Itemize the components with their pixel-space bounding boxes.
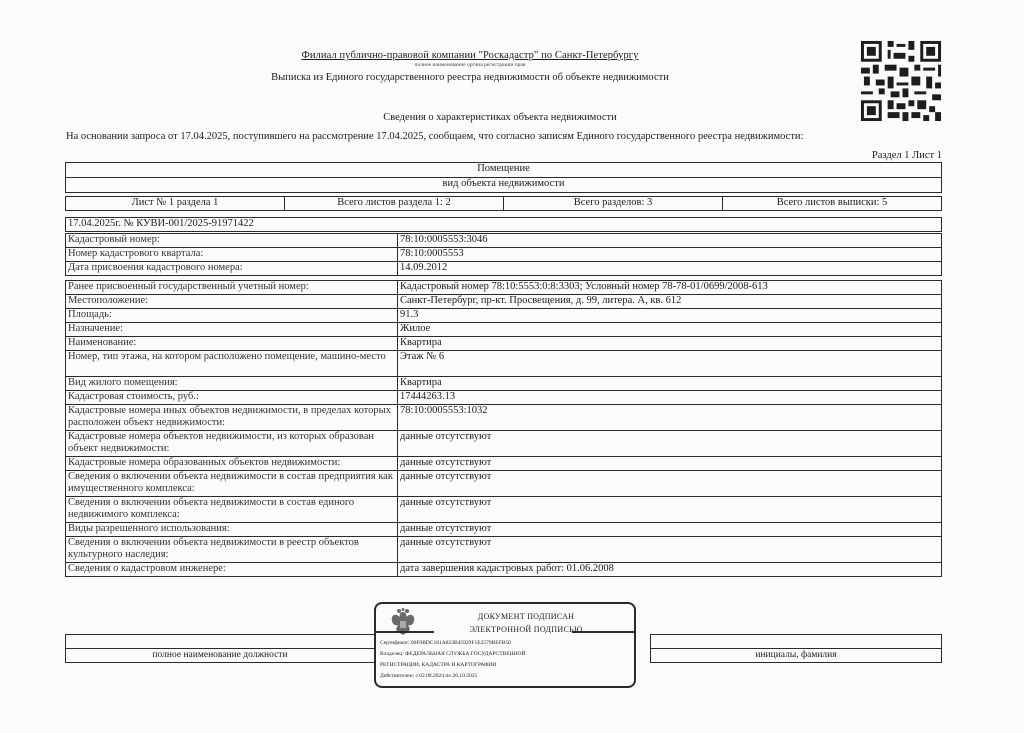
stamp-line-1: ДОКУМЕНТ ПОДПИСАН [436, 612, 616, 621]
field-value: 14.09.2012 [398, 262, 942, 276]
field-value: Квартира [398, 377, 942, 391]
field-value: Квартира [398, 337, 942, 351]
table-row: Кадастровые номера объектов недвижимости… [66, 431, 942, 457]
table-row: Кадастровые номера образованных объектов… [66, 457, 942, 471]
object-type-value: Помещение [66, 163, 942, 178]
table-row: Дата присвоения кадастрового номера:14.0… [66, 262, 942, 276]
field-label: Наименование: [66, 337, 398, 351]
object-type-table: Помещение вид объекта недвижимости [65, 162, 942, 193]
field-value: данные отсутствуют [398, 431, 942, 457]
stamp-owner-continued: РЕГИСТРАЦИИ, КАДАСТРА И КАРТОГРАФИИ [380, 662, 496, 668]
field-value: данные отсутствуют [398, 497, 942, 523]
position-table: полное наименование должности [65, 634, 375, 663]
name-table: инициалы, фамилия [650, 634, 942, 663]
field-value: данные отсутствуют [398, 537, 942, 563]
table-row: Назначение:Жилое [66, 323, 942, 337]
extract-number: 17.04.2025г. № КУВИ-001/2025-91971422 [66, 218, 942, 232]
field-value: данные отсутствуют [398, 457, 942, 471]
sections-total: Всего разделов: 3 [504, 197, 723, 211]
table-row: Виды разрешенного использования:данные о… [66, 523, 942, 537]
field-value: Санкт-Петербург, пр-кт. Просвещения, д. … [398, 295, 942, 309]
field-value: 78:10:0005553:3046 [398, 234, 942, 248]
sheets-table: Лист № 1 раздела 1 Всего листов раздела … [65, 196, 942, 211]
table-row: Наименование:Квартира [66, 337, 942, 351]
table-row: Кадастровые номера иных объектов недвижи… [66, 405, 942, 431]
field-label: Сведения о кадастровом инженере: [66, 563, 398, 577]
table-row: Сведения о включении объекта недвижимост… [66, 537, 942, 563]
field-label: Кадастровая стоимость, руб.: [66, 391, 398, 405]
table-row: Кадастровая стоимость, руб.:17444263.13 [66, 391, 942, 405]
field-value: Кадастровый номер 78:10:5553:0:8:3303; У… [398, 281, 942, 295]
name-field [651, 635, 942, 649]
stamp-stroke [374, 631, 434, 633]
field-value: дата завершения кадастровых работ: 01.06… [398, 563, 942, 577]
table-row: Местоположение:Санкт-Петербург, пр-кт. П… [66, 295, 942, 309]
table-row: Сведения о включении объекта недвижимост… [66, 471, 942, 497]
section-title: Сведения о характеристиках объекта недви… [0, 112, 1000, 123]
table-row: Сведения о включении объекта недвижимост… [66, 497, 942, 523]
document-title: Выписка из Единого государственного реес… [0, 72, 940, 83]
organization-caption: полное наименование органа регистрации п… [0, 62, 940, 68]
field-label: Номер, тип этажа, на котором расположено… [66, 351, 398, 377]
electronic-signature-stamp: ДОКУМЕНТ ПОДПИСАН ЭЛЕКТРОННОЙ ПОДПИСЬЮ С… [374, 602, 636, 688]
table-row: Площадь:91.3 [66, 309, 942, 323]
section-sheets-total: Всего листов раздела 1: 2 [285, 197, 504, 211]
field-value: данные отсутствуют [398, 471, 942, 497]
table-row: Кадастровый номер:78:10:0005553:3046 [66, 234, 942, 248]
field-label: Назначение: [66, 323, 398, 337]
field-label: Площадь: [66, 309, 398, 323]
field-value: 91.3 [398, 309, 942, 323]
position-caption: полное наименование должности [66, 649, 375, 663]
stamp-owner: Владелец: ФЕДЕРАЛЬНАЯ СЛУЖБА ГОСУДАРСТВЕ… [380, 651, 525, 657]
extract-sheets-total: Всего листов выписки: 5 [723, 197, 942, 211]
table-row: Вид жилого помещения:Квартира [66, 377, 942, 391]
object-type-caption: вид объекта недвижимости [66, 178, 942, 193]
sheet-number: Лист № 1 раздела 1 [66, 197, 285, 211]
extract-number-table: 17.04.2025г. № КУВИ-001/2025-91971422 [65, 217, 942, 232]
table-row: Номер кадастрового квартала:78:10:000555… [66, 248, 942, 262]
field-label: Сведения о включении объекта недвижимост… [66, 497, 398, 523]
field-value: 17444263.13 [398, 391, 942, 405]
table-row: Номер, тип этажа, на котором расположено… [66, 351, 942, 377]
field-value: Этаж № 6 [398, 351, 942, 377]
stamp-certificate: Сертификат: 00F0BDC181A823B45929F1E2579B… [380, 640, 511, 646]
organization-name: Филиал публично-правовой компании "Роска… [0, 50, 940, 61]
field-label: Виды разрешенного использования: [66, 523, 398, 537]
field-label: Дата присвоения кадастрового номера: [66, 262, 398, 276]
field-label: Ранее присвоенный государственный учетны… [66, 281, 398, 295]
field-label: Кадастровые номера образованных объектов… [66, 457, 398, 471]
field-value: данные отсутствуют [398, 523, 942, 537]
stamp-stroke [572, 631, 634, 633]
field-label: Кадастровый номер: [66, 234, 398, 248]
coat-of-arms-icon [388, 608, 418, 640]
field-value: 78:10:0005553:1032 [398, 405, 942, 431]
field-value: 78:10:0005553 [398, 248, 942, 262]
field-label: Сведения о включении объекта недвижимост… [66, 537, 398, 563]
stamp-validity: Действителен: с 02.08.2024 по 26.10.2025 [380, 673, 477, 679]
field-label: Кадастровые номера объектов недвижимости… [66, 431, 398, 457]
characteristics-table: Кадастровый номер:78:10:0005553:3046Номе… [65, 233, 942, 577]
intro-text: На основании запроса от 17.04.2025, пост… [66, 131, 803, 142]
field-label: Номер кадастрового квартала: [66, 248, 398, 262]
field-label: Местоположение: [66, 295, 398, 309]
name-caption: инициалы, фамилия [651, 649, 942, 663]
field-label: Кадастровые номера иных объектов недвижи… [66, 405, 398, 431]
table-row: Сведения о кадастровом инженере:дата зав… [66, 563, 942, 577]
table-row: Ранее присвоенный государственный учетны… [66, 281, 942, 295]
field-value: Жилое [398, 323, 942, 337]
stamp-line-2: ЭЛЕКТРОННОЙ ПОДПИСЬЮ [436, 625, 616, 634]
position-field [66, 635, 375, 649]
section-sheet-label: Раздел 1 Лист 1 [872, 150, 942, 161]
field-label: Вид жилого помещения: [66, 377, 398, 391]
field-label: Сведения о включении объекта недвижимост… [66, 471, 398, 497]
